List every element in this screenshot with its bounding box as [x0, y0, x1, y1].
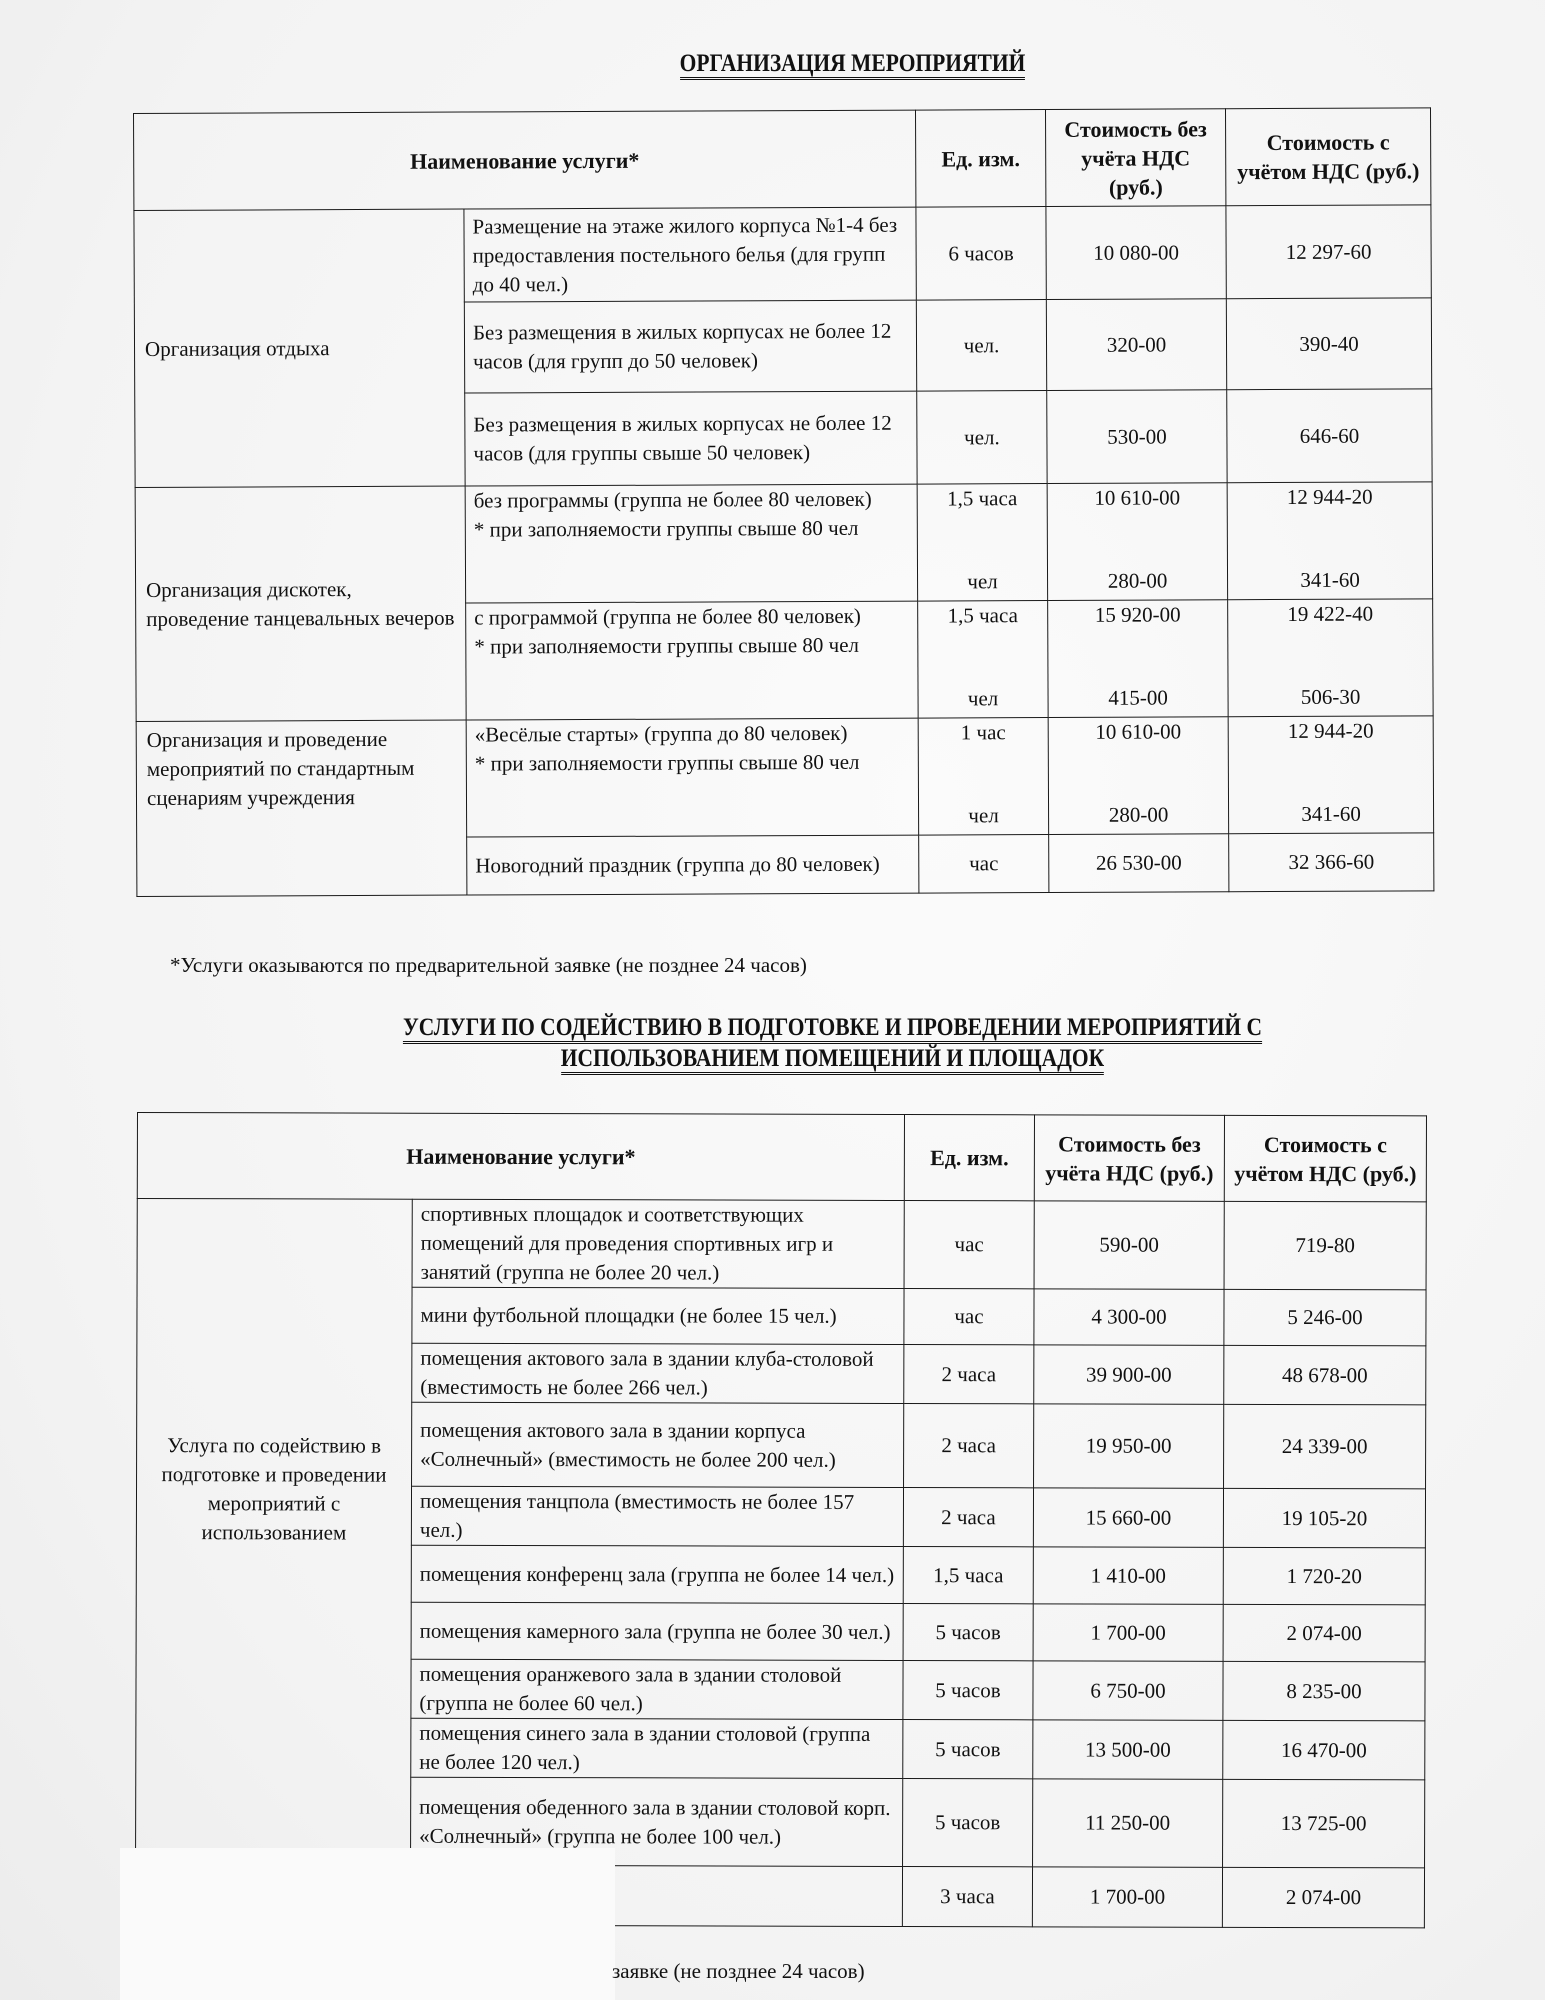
price-no-vat-cell: 39 900-00	[1034, 1345, 1224, 1404]
price-extra-text: 506-30	[1237, 682, 1425, 712]
price-no-vat-cell: 15 660-00	[1033, 1488, 1223, 1547]
unit-cell: 1 часчел	[918, 718, 1049, 836]
venues-price-table: Наименование услуги* Ед. изм. Стоимость …	[135, 1112, 1427, 1928]
service-extra-text: * при заполняемости группы свыше 80 чел	[474, 631, 909, 662]
category-cell: Организация отдыха	[134, 209, 465, 487]
price-vat-cell: 12 944-20341-60	[1227, 482, 1433, 600]
header-service-name: Наименование услуги*	[137, 1113, 904, 1201]
price-text: 15 920-00	[1056, 600, 1219, 630]
service-cell: с программой (группа не более 80 человек…	[466, 601, 919, 720]
price-vat-cell: 16 470-00	[1223, 1720, 1425, 1780]
obscured-area	[120, 1848, 615, 2000]
unit-text: 1,5 часа	[926, 484, 1039, 513]
service-cell: Размещение на этаже жилого корпуса №1-4 …	[464, 207, 916, 302]
price-vat-cell: 32 366-60	[1229, 833, 1434, 892]
unit-extra-text: чел	[927, 801, 1040, 830]
unit-cell: 3 часа	[902, 1867, 1032, 1927]
price-no-vat-cell: 1 410-00	[1033, 1547, 1223, 1604]
header-price-vat: Стоимость с учётом НДС (руб.)	[1226, 108, 1431, 206]
price-no-vat-cell: 10 610-00280-00	[1047, 483, 1228, 601]
unit-cell: час	[919, 835, 1049, 894]
service-cell: помещения актового зала в здании корпуса…	[412, 1402, 904, 1487]
service-cell: помещения конференц зала (группа не боле…	[411, 1545, 903, 1603]
unit-cell: чел.	[916, 300, 1046, 392]
service-cell: помещения синего зала в здании столовой …	[411, 1718, 903, 1778]
service-cell: Без размещения в жилых корпусах не более…	[464, 300, 916, 393]
unit-cell: 1,5 часачел	[917, 484, 1048, 602]
unit-extra-text: чел	[927, 684, 1040, 713]
service-cell: Новогодний праздник (группа до 80 челове…	[467, 835, 919, 895]
header-unit: Ед. изм.	[904, 1115, 1034, 1201]
table-header-row: Наименование услуги* Ед. изм. Стоимость …	[137, 1113, 1426, 1202]
unit-cell: час	[904, 1201, 1034, 1289]
price-no-vat-cell: 26 530-00	[1049, 834, 1229, 893]
price-text: 19 422-40	[1236, 599, 1424, 629]
section-title-venues: УСЛУГИ ПО СОДЕЙСТВИЮ В ПОДГОТОВКЕ И ПРОВ…	[168, 1012, 1497, 1074]
price-vat-cell: 12 297-60	[1226, 205, 1431, 299]
price-extra-text: 415-00	[1057, 683, 1220, 713]
unit-cell: 5 часов	[903, 1720, 1033, 1779]
table-row: Организация и проведение мероприятий по …	[136, 716, 1434, 839]
section-title-events: ОРГАНИЗАЦИЯ МЕРОПРИЯТИЙ	[188, 48, 1517, 79]
price-no-vat-cell: 320-00	[1046, 299, 1226, 391]
price-vat-cell: 24 339-00	[1224, 1404, 1426, 1489]
category-cell: Организация дискотек, проведение танцева…	[135, 486, 466, 721]
price-vat-cell: 48 678-00	[1224, 1345, 1426, 1405]
header-price-no-vat: Стоимость без учёта НДС (руб.)	[1034, 1115, 1224, 1201]
unit-cell: 6 часов	[916, 207, 1046, 301]
unit-text: 1,5 часа	[926, 601, 1039, 630]
price-text: 10 610-00	[1056, 483, 1219, 513]
service-text: без программы (группа не более 80 челове…	[474, 485, 909, 516]
table-row: Услуга по содействию в подготовке и пров…	[137, 1199, 1426, 1290]
service-cell: мини футбольной площадки (не более 15 че…	[412, 1287, 904, 1344]
table-row: Организация дискотек, проведение танцева…	[135, 482, 1433, 605]
unit-cell: 5 часов	[903, 1604, 1033, 1661]
price-vat-cell: 19 105-20	[1223, 1488, 1425, 1548]
price-text: 12 944-20	[1236, 482, 1424, 512]
service-cell: помещения камерного зала (группа не боле…	[411, 1602, 903, 1660]
unit-cell: час	[904, 1289, 1034, 1345]
service-cell: спортивных площадок и соответствующих по…	[412, 1199, 904, 1288]
price-extra-text: 280-00	[1056, 566, 1219, 596]
unit-cell: 5 часов	[903, 1779, 1033, 1867]
price-vat-cell: 13 725-00	[1223, 1779, 1425, 1868]
price-no-vat-cell: 1 700-00	[1032, 1867, 1222, 1927]
header-unit: Ед. изм.	[916, 110, 1046, 208]
price-text: 10 610-00	[1057, 717, 1220, 747]
service-extra-text: * при заполняемости группы свыше 80 чел	[474, 514, 909, 545]
service-text: с программой (группа не более 80 человек…	[474, 602, 909, 633]
service-extra-text: * при заполняемости группы свыше 80 чел	[475, 748, 910, 779]
header-service-name: Наименование услуги*	[134, 110, 916, 210]
price-no-vat-cell: 19 950-00	[1034, 1404, 1224, 1488]
service-cell: Без размещения в жилых корпусах не более…	[465, 391, 917, 486]
unit-cell: 2 часа	[904, 1404, 1034, 1488]
section-title-text: ОРГАНИЗАЦИЯ МЕРОПРИЯТИЙ	[680, 50, 1026, 80]
price-extra-text: 341-60	[1236, 565, 1424, 595]
price-no-vat-cell: 530-00	[1047, 390, 1227, 484]
price-vat-cell: 5 246-00	[1224, 1289, 1426, 1346]
unit-text: 1 час	[927, 718, 1040, 747]
table-header-row: Наименование услуги* Ед. изм. Стоимость …	[134, 108, 1431, 211]
price-vat-cell: 19 422-40506-30	[1228, 599, 1434, 717]
table-row: Организация отдыха Размещение на этаже ж…	[134, 205, 1431, 304]
price-vat-cell: 2 074-00	[1223, 1604, 1425, 1662]
section-title-line1: УСЛУГИ ПО СОДЕЙСТВИЮ В ПОДГОТОВКЕ И ПРОВ…	[403, 1014, 1262, 1044]
price-no-vat-cell: 11 250-00	[1033, 1779, 1223, 1867]
price-vat-cell: 646-60	[1227, 389, 1432, 483]
unit-extra-text: чел	[926, 567, 1039, 596]
service-cell: «Весёлые старты» (группа до 80 человек) …	[466, 718, 919, 837]
category-cell: Организация и проведение мероприятий по …	[136, 720, 467, 896]
section-title-line2: ИСПОЛЬЗОВАНИЕМ ПОМЕЩЕНИЙ И ПЛОЩАДОК	[561, 1045, 1104, 1075]
price-vat-cell: 8 235-00	[1223, 1661, 1425, 1721]
price-no-vat-cell: 13 500-00	[1033, 1720, 1223, 1779]
service-cell: помещения оранжевого зала в здании столо…	[411, 1659, 903, 1719]
unit-cell: чел.	[917, 391, 1047, 485]
unit-cell: 5 часов	[903, 1661, 1033, 1720]
service-cell: помещения танцпола (вместимость не более…	[411, 1486, 903, 1546]
price-extra-text: 280-00	[1057, 800, 1220, 830]
header-price-no-vat: Стоимость без учёта НДС (руб.)	[1046, 109, 1226, 207]
unit-cell: 1,5 часа	[903, 1547, 1033, 1604]
price-vat-cell: 2 074-00	[1222, 1867, 1424, 1928]
events-price-table: Наименование услуги* Ед. изм. Стоимость …	[133, 107, 1434, 897]
price-text: 12 944-20	[1237, 716, 1425, 746]
price-vat-cell: 12 944-20341-60	[1228, 716, 1434, 834]
price-vat-cell: 390-40	[1226, 298, 1431, 390]
price-no-vat-cell: 6 750-00	[1033, 1661, 1223, 1720]
price-no-vat-cell: 4 300-00	[1034, 1289, 1224, 1345]
price-no-vat-cell: 590-00	[1034, 1201, 1224, 1289]
price-no-vat-cell: 10 080-00	[1046, 206, 1226, 300]
price-no-vat-cell: 15 920-00415-00	[1048, 600, 1229, 718]
header-price-vat: Стоимость с учётом НДС (руб.)	[1224, 1115, 1426, 1202]
unit-cell: 2 часа	[903, 1488, 1033, 1547]
price-no-vat-cell: 1 700-00	[1033, 1604, 1223, 1661]
price-vat-cell: 719-80	[1224, 1201, 1426, 1290]
category-cell: Услуга по содействию в подготовке и пров…	[135, 1199, 412, 1926]
service-text: «Весёлые старты» (группа до 80 человек)	[475, 719, 910, 750]
service-cell: помещения актового зала в здании клуба-с…	[412, 1343, 904, 1403]
service-cell: без программы (группа не более 80 челове…	[465, 484, 918, 603]
price-vat-cell: 1 720-20	[1223, 1547, 1425, 1605]
unit-cell: 1,5 часачел	[918, 601, 1049, 719]
unit-cell: 2 часа	[904, 1345, 1034, 1404]
price-no-vat-cell: 10 610-00280-00	[1048, 717, 1229, 835]
price-extra-text: 341-60	[1237, 799, 1425, 829]
footnote-venues-partial: заявке (не позднее 24 часов)	[612, 1958, 865, 1984]
footnote-events: *Услуги оказываются по предварительной з…	[170, 952, 807, 978]
